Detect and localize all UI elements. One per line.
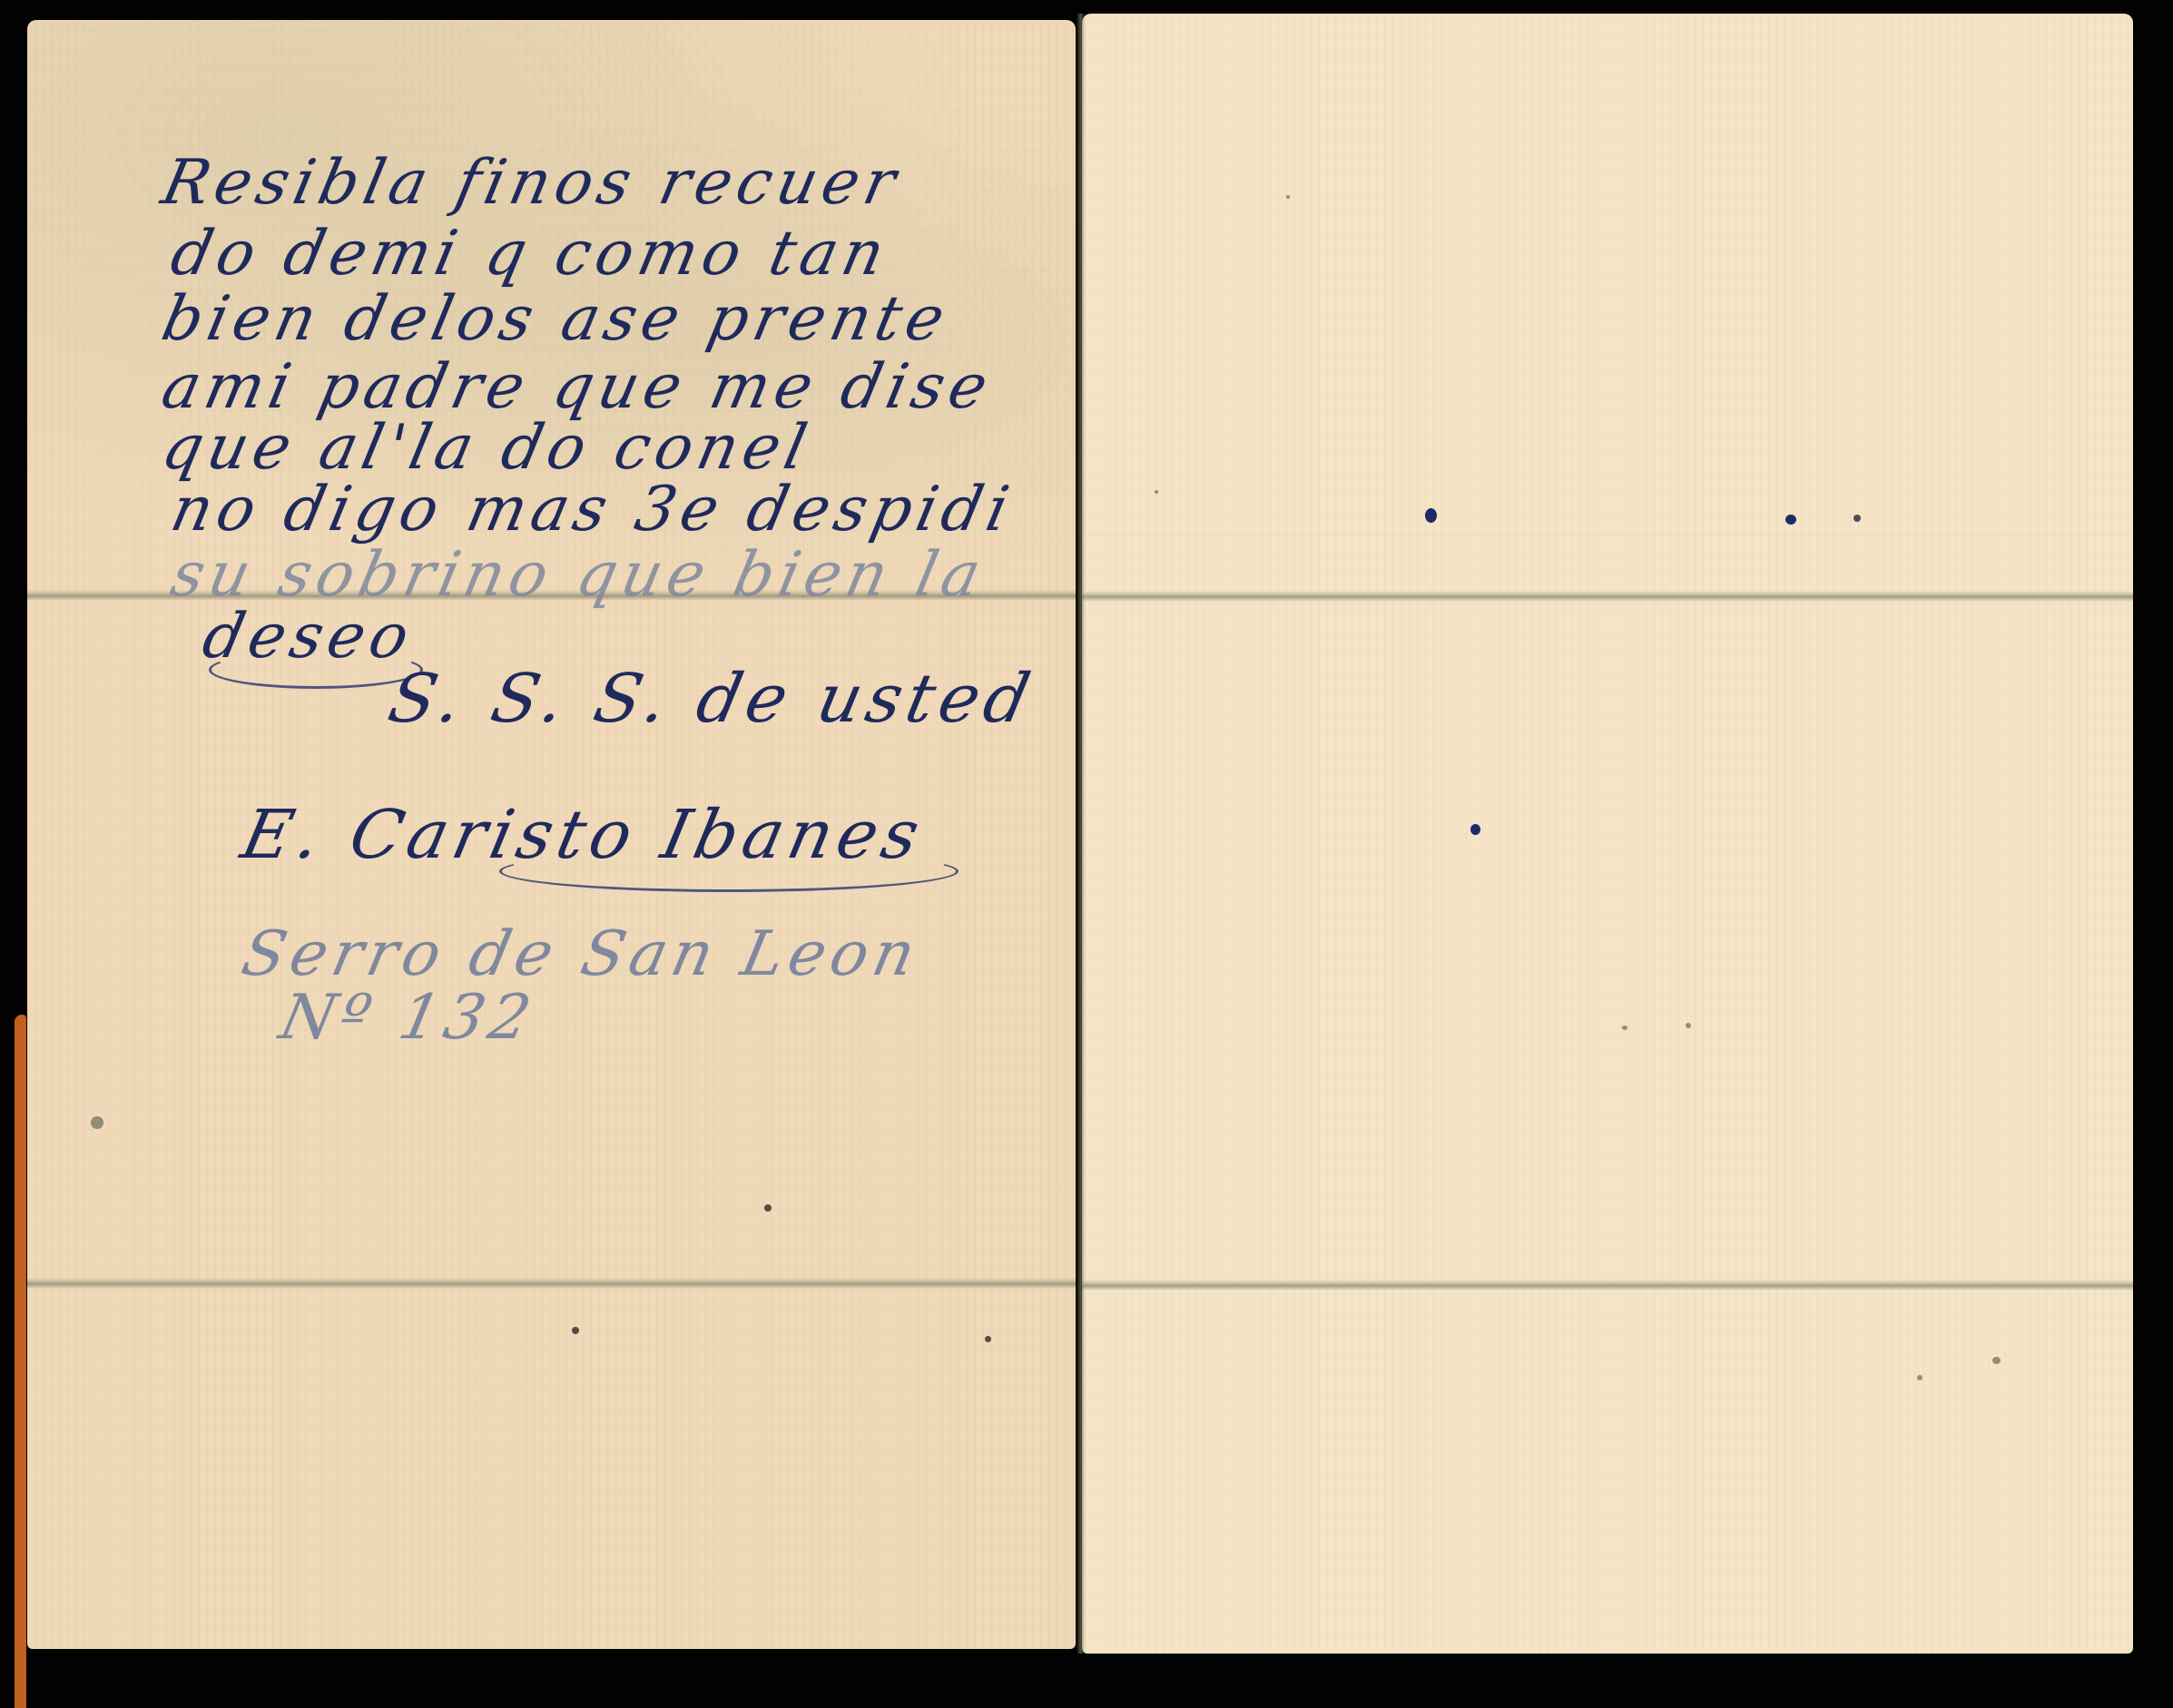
speck <box>1992 1357 2001 1364</box>
speck <box>1686 1023 1691 1028</box>
letter-line-2: do demi q como tan <box>165 218 896 290</box>
ink-blot <box>1853 515 1861 522</box>
underline-flourish <box>209 651 423 689</box>
horizontal-fold-upper <box>1082 591 2133 602</box>
center-fold <box>1077 14 1086 1654</box>
ink-dot <box>572 1327 579 1334</box>
letter-line-3: bien delos ase prente <box>156 283 957 355</box>
place-name: Serro de San Leon <box>236 918 927 990</box>
stain-spot <box>91 1116 103 1129</box>
letter-line-6: no digo mas 3e despidi <box>165 474 1020 545</box>
speck <box>1622 1026 1627 1030</box>
letter-left-page: Resibla finos recuer do demi q como tan … <box>27 20 1076 1649</box>
speck <box>1155 490 1158 494</box>
speck <box>1917 1375 1922 1380</box>
letter-right-page <box>1082 14 2133 1654</box>
speck <box>1286 195 1290 199</box>
ink-dot <box>764 1204 772 1212</box>
ink-blot <box>1785 515 1796 525</box>
document-number: Nº 132 <box>274 982 543 1054</box>
ink-dot <box>985 1336 991 1342</box>
ink-blot <box>1425 508 1437 523</box>
edge-strip <box>15 1015 26 1708</box>
ink-blot <box>1470 824 1480 835</box>
signature-flourish <box>499 850 959 892</box>
closing-salutation: S. S. S. de usted <box>382 660 1042 738</box>
letter-line-1: Resibla finos recuer <box>156 147 908 219</box>
horizontal-fold-lower <box>1082 1280 2133 1291</box>
horizontal-fold-lower <box>27 1278 1076 1289</box>
